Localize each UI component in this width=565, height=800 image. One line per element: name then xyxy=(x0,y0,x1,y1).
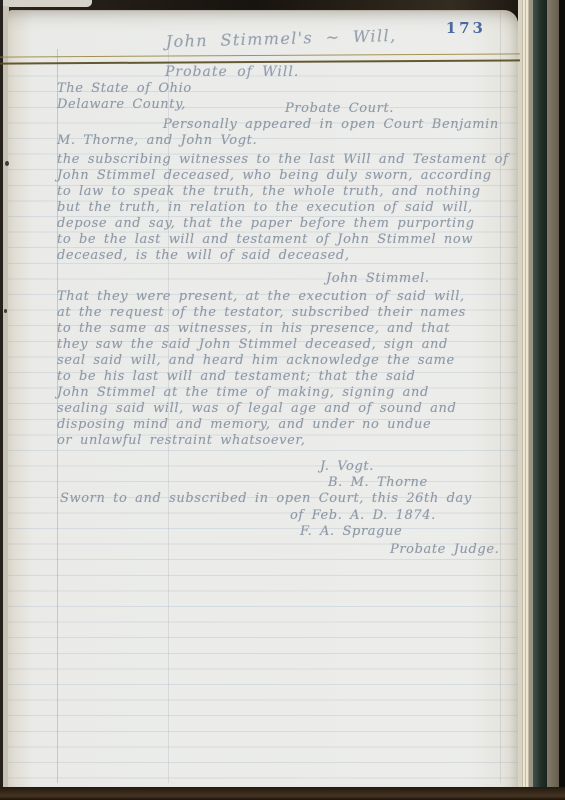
deposition-line: to be the last will and testament of Joh… xyxy=(57,232,473,247)
state-line: The State of Ohio xyxy=(57,81,192,96)
book-cover-outer xyxy=(547,0,559,800)
attestation-line: sealing said will, was of legal age and … xyxy=(57,401,456,416)
deposition-line: but the truth, in relation to the execut… xyxy=(57,200,473,215)
attestation-line: to the same as witnesses, in his presenc… xyxy=(57,321,450,336)
opening-line: M. Thorne, and John Vogt. xyxy=(57,133,257,148)
deposition-line: John Stimmel deceased, who being duly sw… xyxy=(57,168,492,183)
jurat-line: Sworn to and subscribed in open Court, t… xyxy=(60,491,472,506)
attestation-line: to be his last will and testament; that … xyxy=(57,369,415,384)
deposition-line: to law to speak the truth, the whole tru… xyxy=(57,184,481,199)
attestation-line: they saw the said John Stimmel deceased,… xyxy=(57,337,448,352)
attestation-line: disposing mind and memory, and under no … xyxy=(57,417,431,432)
page-top-edge-sliver xyxy=(0,0,92,7)
index-header-title: John Stimmel's ~ Will, xyxy=(166,26,397,51)
deposition-line: deceased, is the will of said deceased, xyxy=(57,248,350,263)
jurat-line: of Feb. A. D. 1874. xyxy=(290,508,436,523)
deposition-line: depose and say, that the paper before th… xyxy=(57,216,475,231)
witness-signature: J. Vogt. xyxy=(320,459,374,474)
attestation-line: John Stimmel at the time of making, sign… xyxy=(57,385,429,400)
ink-speck xyxy=(4,309,7,313)
book-scan-scene: 173 John Stimmel's ~ Will, Probate of Wi… xyxy=(0,0,565,800)
judge-title: Probate Judge. xyxy=(390,542,499,557)
book-bottom-edge xyxy=(0,787,565,800)
background-edge xyxy=(559,0,565,800)
page-number: 173 xyxy=(446,19,486,37)
right-page-stack-edge xyxy=(522,0,529,800)
ink-speck xyxy=(5,161,9,166)
opening-line: Personally appeared in open Court Benjam… xyxy=(163,117,499,132)
court-label: Probate Court. xyxy=(285,101,394,116)
witness-signature: B. M. Thorne xyxy=(328,475,428,490)
book-cover-cloth xyxy=(533,0,547,800)
testator-signature: John Stimmel. xyxy=(326,271,430,286)
judge-signature: F. A. Sprague xyxy=(300,524,402,539)
attestation-line: or unlawful restraint whatsoever, xyxy=(57,433,306,448)
deposition-line: the subscribing witnesses to the last Wi… xyxy=(57,152,508,167)
attestation-line: at the request of the testator, subscrib… xyxy=(57,305,466,320)
attestation-line: seal said will, and heard him acknowledg… xyxy=(57,353,455,368)
ledger-page: 173 John Stimmel's ~ Will, Probate of Wi… xyxy=(8,10,518,789)
attestation-line: That they were present, at the execution… xyxy=(57,289,465,304)
doc-title: Probate of Will. xyxy=(165,64,299,80)
county-line: Delaware County, xyxy=(57,97,186,112)
right-margin-line xyxy=(500,11,501,783)
